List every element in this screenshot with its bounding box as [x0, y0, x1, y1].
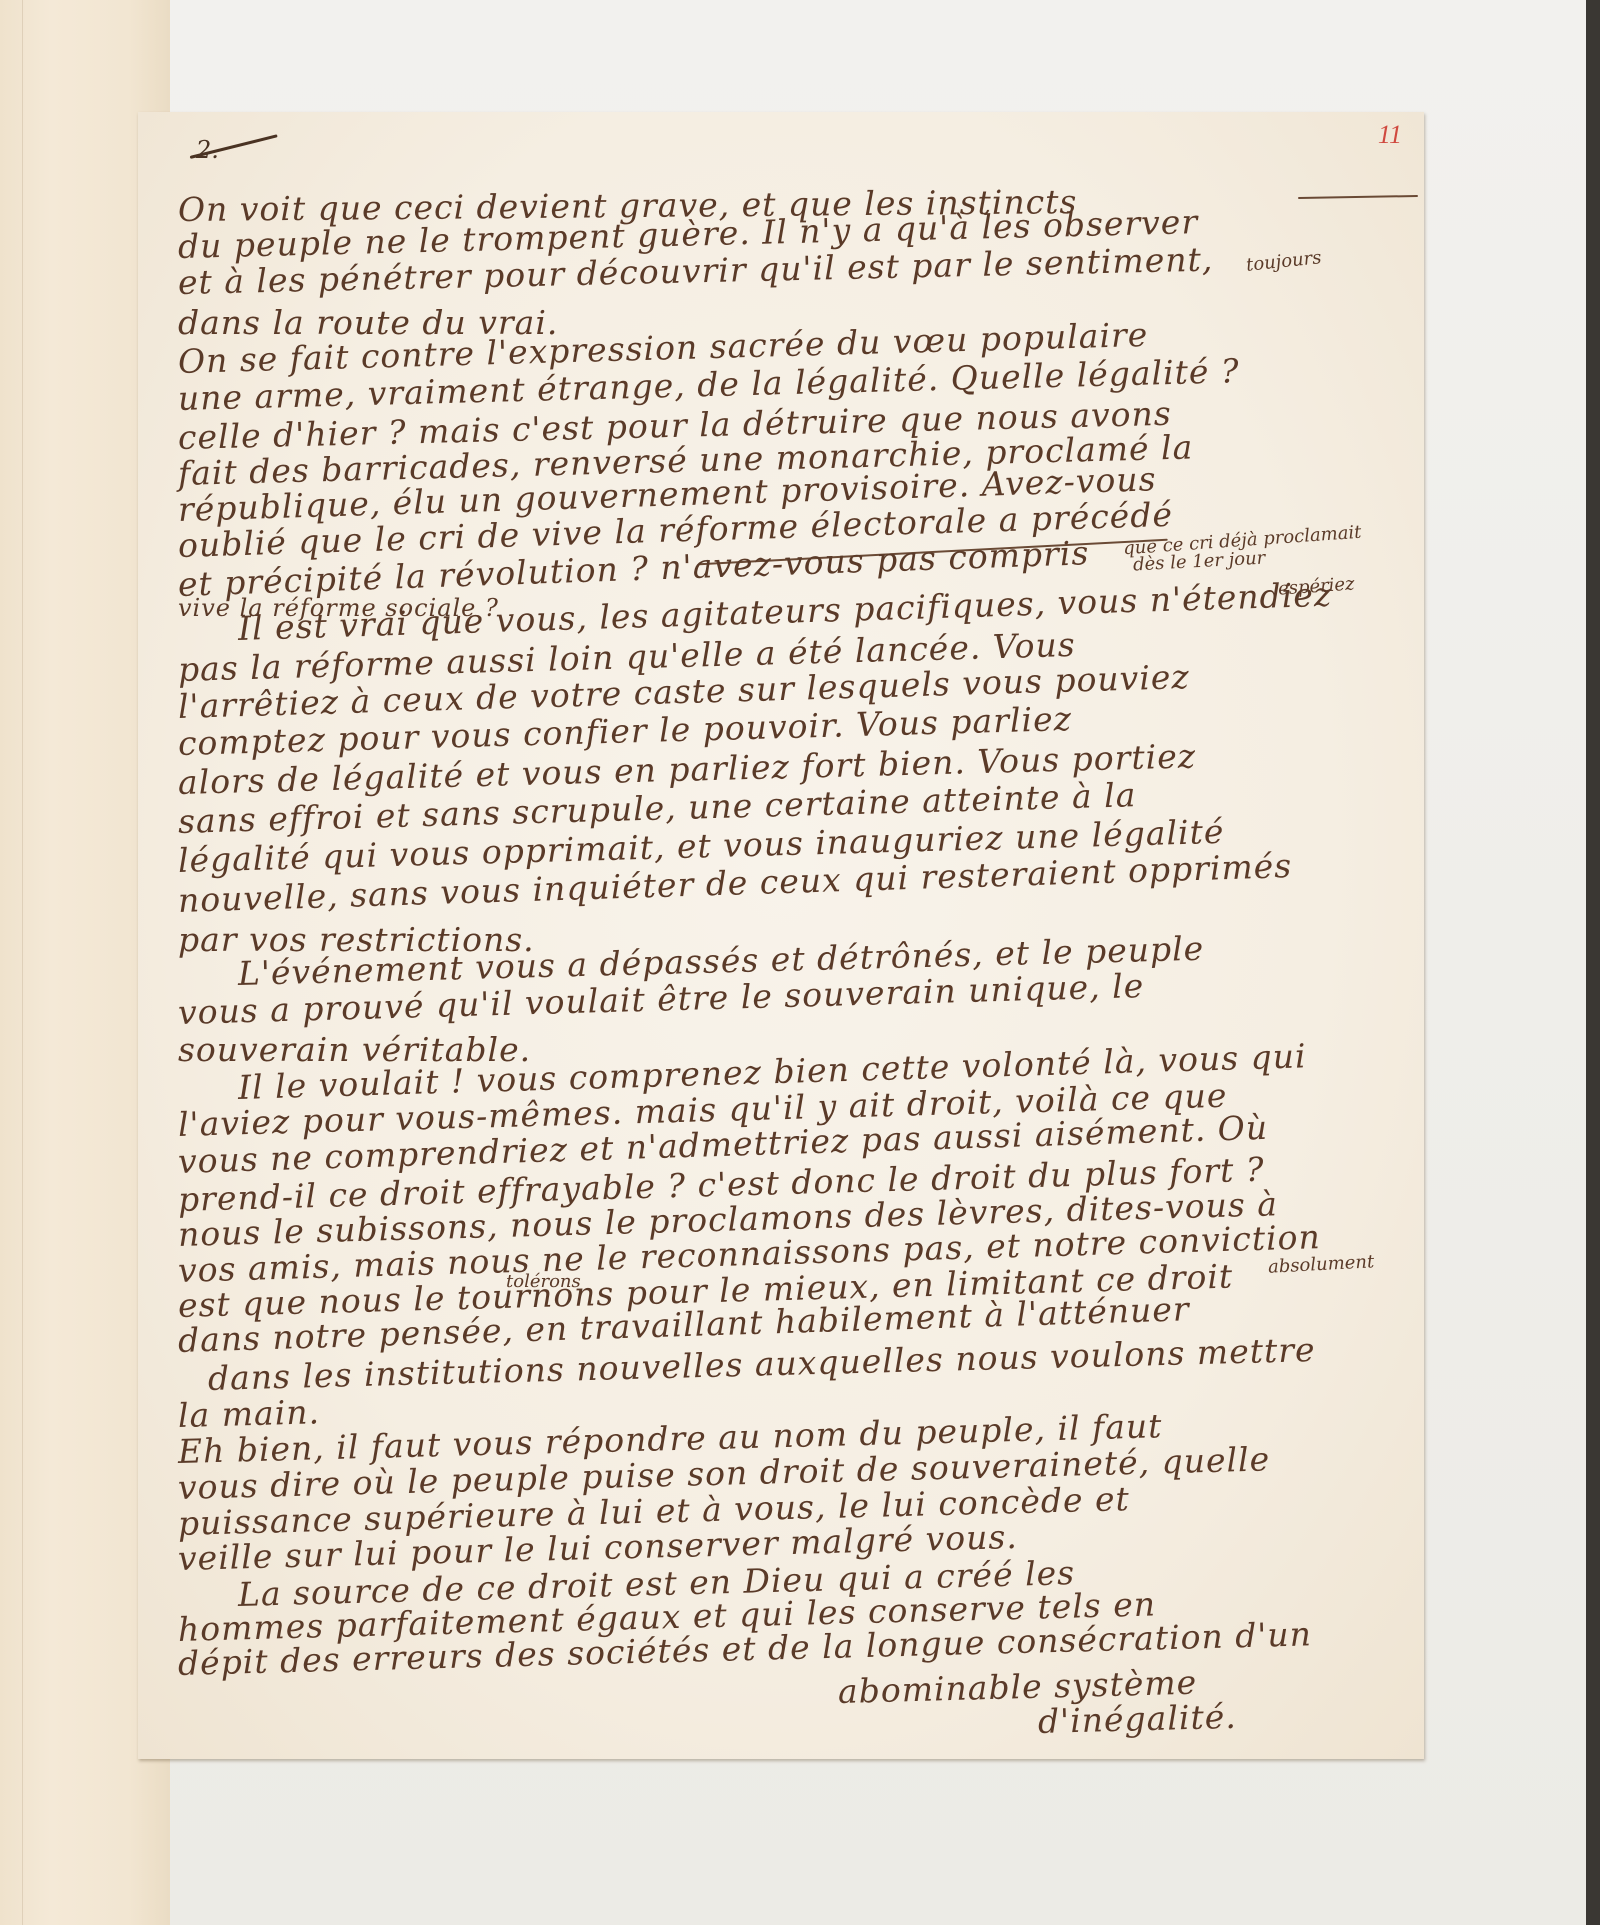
manuscript-line: d'inégalité.: [1037, 1697, 1237, 1741]
folio-number: 11: [1378, 120, 1402, 150]
insertion-esperiez: espériez: [1277, 574, 1355, 600]
insertion-toujours: toujours: [1245, 247, 1322, 276]
insertion-absolument: absolument: [1268, 1251, 1375, 1278]
line-end-rule: [1298, 195, 1418, 199]
manuscript-page: 11 2. On voit que ceci devient grave, et…: [138, 112, 1424, 1759]
viewer-frame-edge: [1586, 0, 1600, 1925]
